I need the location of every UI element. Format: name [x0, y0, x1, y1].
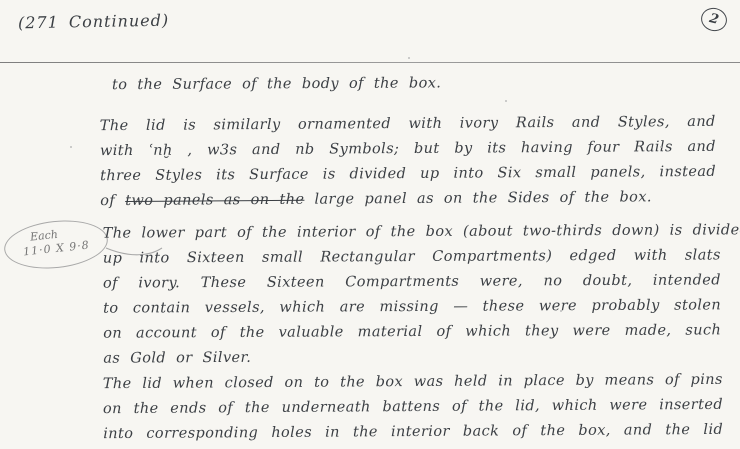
page-number: 2	[708, 11, 720, 28]
paragraph-interior-compartments: The lower part of the interior of the bo…	[103, 218, 722, 371]
text-line: into corresponding holes in the interior…	[103, 418, 723, 447]
scan-speck	[505, 100, 507, 102]
text-line: of two panels as on the large panel as o…	[100, 185, 716, 214]
margin-note-dimensions: Each 11·0 X 9·8	[2, 216, 110, 274]
paragraph-lid-ornament: The lid is similarly ornamented with ivo…	[100, 110, 717, 214]
scan-speck	[408, 57, 410, 59]
manuscript-page: (271 Continued) 2 to the Surface of the …	[0, 0, 740, 449]
text-line: up into Sixteen small Rectangular Compar…	[103, 243, 721, 271]
page-number-badge: 2	[699, 5, 730, 34]
text-line: to the Surface of the body of the box.	[112, 71, 532, 98]
text-line: to contain vessels, which are missing — …	[103, 293, 721, 321]
text-line: of ivory. These Sixteen Compartments wer…	[103, 268, 721, 296]
scan-speck	[660, 146, 662, 148]
object-number-heading: (271 Continued)	[18, 11, 169, 33]
text-run: large panel as on the Sides of the box.	[314, 189, 652, 207]
paragraph-lid-closure: The lid when closed on to the box was he…	[103, 368, 724, 447]
text-line: The lower part of the interior of the bo…	[103, 218, 721, 246]
text-line: on account of the valuable material of w…	[103, 318, 721, 346]
text-line: as Gold or Silver.	[103, 343, 721, 371]
ruled-line	[0, 62, 740, 63]
scan-speck	[70, 146, 72, 148]
text-run: of	[100, 193, 115, 209]
scan-speck	[560, 310, 562, 312]
paragraph-continuation: to the Surface of the body of the box.	[112, 71, 532, 98]
struck-text: two panels as on the	[125, 192, 304, 209]
